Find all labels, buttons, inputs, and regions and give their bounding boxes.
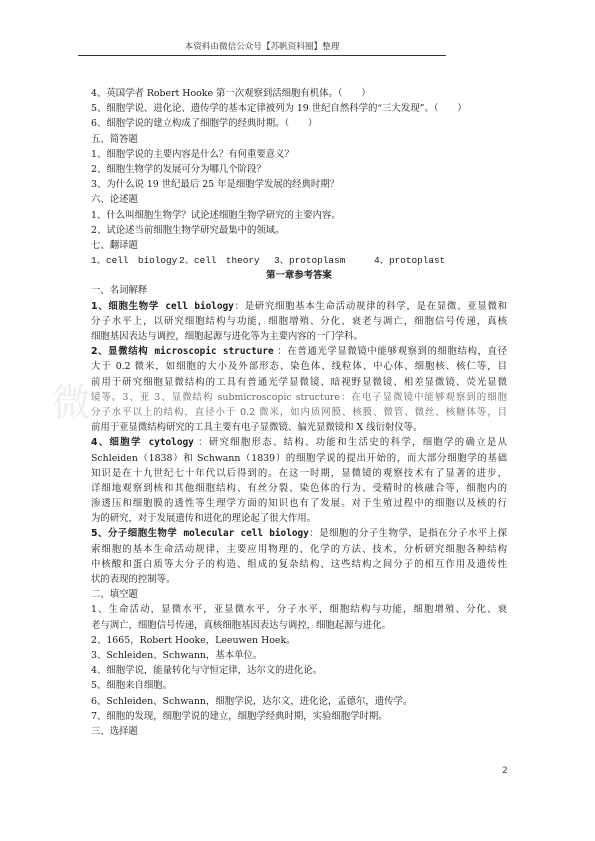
translation-item: 1、cell biology	[91, 253, 179, 268]
definition-text: 研究细胞形态、结构、功能和生活史的科学，细胞学的确立是从	[209, 437, 507, 448]
answer-item: 4、细胞学说，能量转化与守恒定律，达尔文的进化论。	[91, 663, 507, 678]
definition-text: 是细胞的分子生物学，是指在分子水平上探	[319, 528, 507, 539]
question-item: 2、细胞生物学的发展可分为哪几个阶段？	[91, 162, 507, 177]
definition-text: 为的研究，对于发展遗传和进化的理论起了很大作用。	[91, 511, 507, 526]
definition-term: 2、显微结构	[91, 346, 148, 357]
definition-item: 5、分子细胞生物学 molecular cell biology：是细胞的分子生…	[91, 526, 507, 587]
translation-item: 2、cell theory	[179, 253, 274, 268]
section-heading: 二、填空题	[91, 587, 507, 602]
section-heading: 三、选择题	[91, 724, 507, 739]
definition-text: 前用于研究细胞显微结构的工具有普通光学显微镜、暗视野显微镜、相差显微镜、荧光显微	[91, 375, 507, 390]
definition-text: 在普通光学显微镜中能够观察到的细胞结构，直径	[287, 346, 507, 357]
definition-term-en: microscopic structure	[148, 346, 273, 357]
definition-text: 中核酸和蛋白质等大分子的构造、组成的复杂结构、这些结构之间分子的相互作用及遗传性	[91, 557, 507, 572]
definition-text: 分子水平上，以研究细胞结构与功能，细胞增殖、分化、衰老与凋亡，细胞信号传递，真核	[91, 314, 507, 329]
section-heading: 五、简答题	[91, 132, 507, 147]
translation-item: 3、protoplasm	[274, 253, 374, 268]
answer-item: 2、1665，Robert Hooke，Leeuwen Hoek。	[91, 633, 507, 648]
watermark: 微	[52, 372, 90, 427]
answer-item: 5、细胞来自细胞。	[91, 678, 507, 693]
question-item: 4、英国学者 Robert Hooke 第一次观察到活细胞有机体。（ ）	[91, 86, 507, 101]
definition-text: 分子水平以上的结构，直径小于 0.2 微米，如内质网膜、核膜、微管、微丝、核糖体…	[91, 405, 507, 420]
translation-items: 1、cell biology2、cell theory3、protoplasm4…	[91, 253, 507, 268]
definition-text: 细胞基因表达与调控，细胞起源与进化等为主要内容的一门学科。	[91, 329, 507, 344]
definition-item: 2、显微结构 microscopic structure ：在普通光学显微镜中能…	[91, 344, 507, 435]
question-item: 2、试论述当前细胞生物学研究最集中的领域。	[91, 223, 507, 238]
definition-text: Schleiden（1838）和 Schwann（1839）的细胞学说的提出开始…	[91, 451, 507, 466]
answer-item: 3、Schleiden、Schwann，基本单位。	[91, 648, 507, 663]
definition-text: 状的表现的控制等。	[91, 572, 507, 587]
definition-text: 前用于亚显微结构研究的工具主要有电子显微镜、偏光显微镜和 X 线衍射仪等。	[91, 420, 507, 435]
question-item: 6、细胞学说的建立构成了细胞学的经典时期。（ ）	[91, 116, 507, 131]
definition-term-en: cell biology	[159, 301, 234, 312]
definition-term: 4、细胞学	[91, 437, 142, 448]
definition-term-en: molecular cell biology	[177, 528, 308, 539]
page-header: 本资料由微信公众号【苏帆资料圈】整理	[78, 40, 446, 52]
answer-item: 7、细胞的发现，细胞学说的建立，细胞学经典时期，实验细胞学时期。	[91, 709, 507, 724]
chapter-answer-title: 第一章参考答案	[91, 268, 507, 283]
document-body: 4、英国学者 Robert Hooke 第一次观察到活细胞有机体。（ ） 5、细…	[91, 86, 507, 739]
definition-text: 镜等。3、亚 3、显微结构 submicroscopic structure：在…	[91, 390, 507, 405]
page-number: 2	[502, 766, 508, 776]
question-item: 3、为什么说 19 世纪最后 25 年是细胞学发展的经典时期？	[91, 177, 507, 192]
definition-term: 5、分子细胞生物学	[91, 528, 177, 539]
definition-text: 索细胞的基本生命活动规律，主要应用物理的、化学的方法、技术，分析研究细胞各种结构	[91, 542, 507, 557]
definition-text: 大于 0.2 微米，如细胞的大小及外部形态、染色体、线粒体、中心体、细胞核、核仁…	[91, 359, 507, 374]
answer-item: 1、生命活动，显微水平，亚显微水平，分子水平，细胞结构与功能，细胞增殖、分化、衰…	[91, 602, 507, 632]
definition-text: 知识是在十九世纪七十年代以后得到的。在这一时期，显微镜的观察技术有了显著的进步，	[91, 466, 507, 481]
question-item: 1、什么叫细胞生物学？试论述细胞生物学研究的主要内容。	[91, 208, 507, 223]
definition-item: 4、细胞学 cytology ：研究细胞形态、结构、功能和生活史的科学，细胞学的…	[91, 435, 507, 526]
translation-item: 4、protoplast	[374, 253, 445, 268]
definition-text: 渗透压和细胞膜的透性等生理学方面的知识也有了发展。对于生殖过程中的细胞以及核的行	[91, 496, 507, 511]
section-heading: 一、名词解释	[91, 283, 507, 298]
question-item: 5、细胞学说、进化论、遗传学的基本定律被列为 19 世纪自然科学的“三大发现”。…	[91, 101, 507, 116]
definition-item: 1、细胞生物学 cell biology：是研究细胞基本生命活动规律的科学，是在…	[91, 299, 507, 345]
question-item: 1、细胞学说的主要内容是什么？有何重要意义？	[91, 147, 507, 162]
definition-text: 是研究细胞基本生命活动规律的科学，是在显微、亚显微和	[245, 301, 507, 312]
answer-item: 6、Schleiden、Schwann，细胞学说，达尔文，进化论，孟德尔，遗传学…	[91, 694, 507, 709]
header-divider	[78, 55, 446, 56]
definition-term-en: cytology	[142, 437, 194, 448]
definition-text: 详细地观察到核和其他细胞结构、有丝分裂、染色体的行为、受精时的核融合等，细胞内的	[91, 481, 507, 496]
definition-term: 1、细胞生物学	[91, 301, 159, 312]
section-heading: 六、论述题	[91, 192, 507, 207]
section-heading: 七、翻译题	[91, 238, 507, 253]
